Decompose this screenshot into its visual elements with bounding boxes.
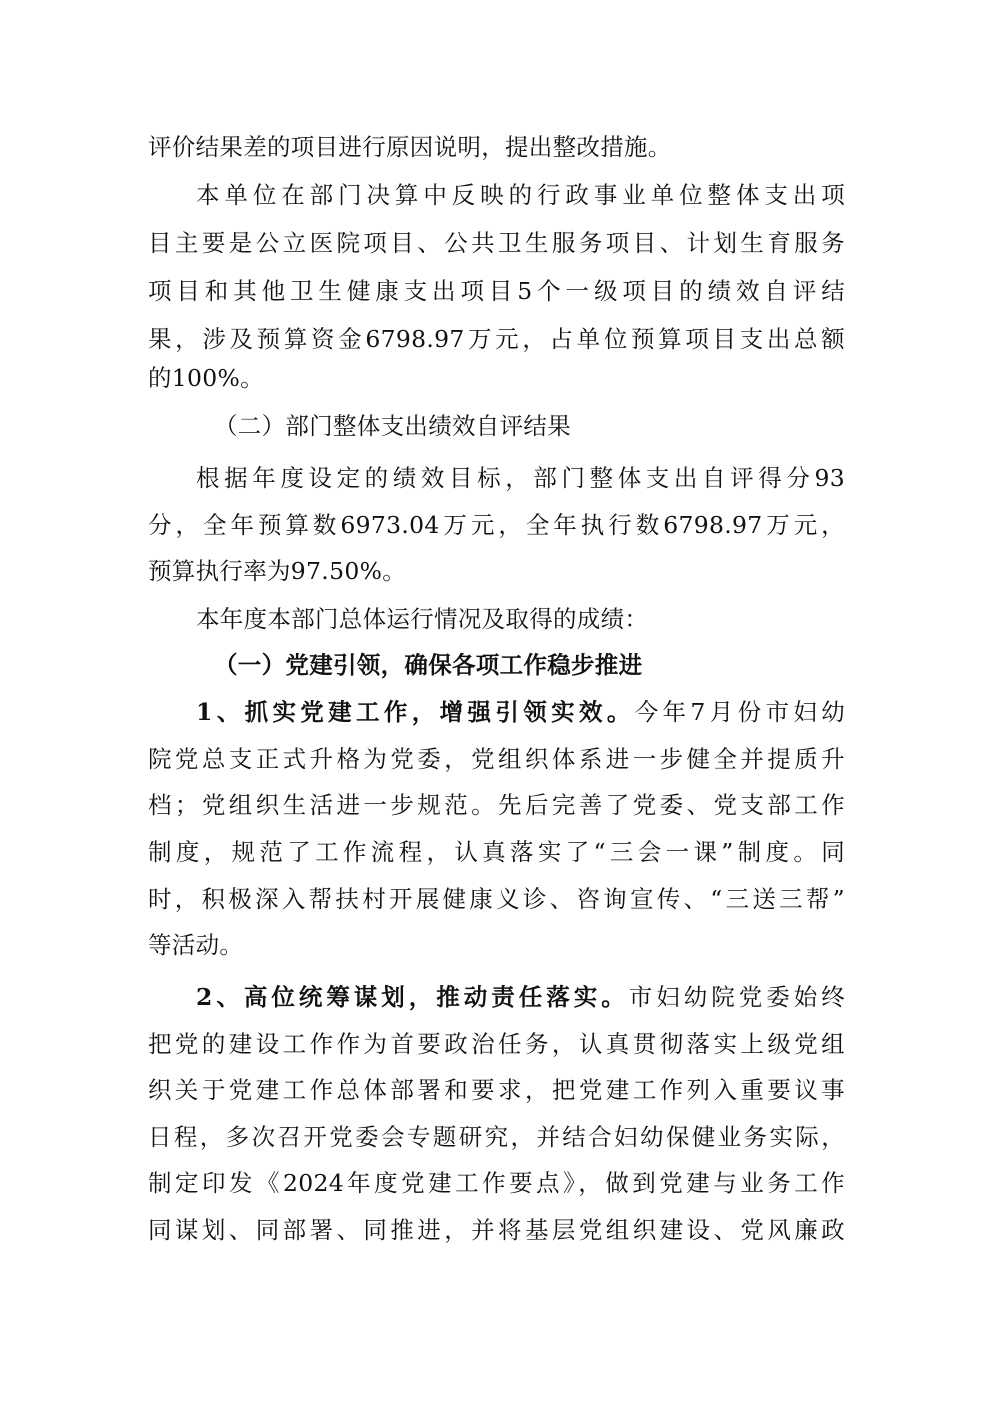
paragraph-line: 2、高位统筹谋划，推动责任落实。市妇幼院党委始终 [196,974,845,1020]
paragraph-line: 项目和其他卫生健康支出项目5个一级项目的绩效自评结 [148,268,845,314]
paragraph-lead-bold: 1、抓实党建工作，增强引领实效。 [196,698,635,726]
paragraph-line: 制度，规范了工作流程，认真落实了“三会一课”制度。同 [148,829,845,875]
paragraph-text: 市妇幼院党委始终 [629,983,845,1011]
paragraph-line: 1、抓实党建工作，增强引领实效。今年7月份市妇幼 [196,689,845,735]
paragraph-line: 预算执行率为97.50%。 [148,548,845,594]
paragraph-line: 等活动。 [148,922,845,968]
paragraph-line: 制定印发《2024年度党建工作要点》，做到党建与业务工作 [148,1160,845,1206]
section-heading: （一）党建引领，确保各项工作稳步推进 [214,642,911,688]
paragraph-line: 根据年度设定的绩效目标，部门整体支出自评得分93 [196,455,845,501]
section-heading: （二）部门整体支出绩效自评结果 [214,403,911,449]
paragraph-text: 今年7月份市妇幼 [635,698,845,726]
paragraph-line: 档；党组织生活进一步规范。先后完善了党委、党支部工作 [148,782,845,828]
paragraph-lead-bold: 2、高位统筹谋划，推动责任落实。 [196,983,629,1011]
document-page: 评价结果差的项目进行原因说明，提出整改措施。 本单位在部门决算中反映的行政事业单… [0,0,992,1403]
paragraph-line: 把党的建设工作作为首要政治任务，认真贯彻落实上级党组 [148,1021,845,1067]
paragraph-line: 院党总支正式升格为党委，党组织体系进一步健全并提质升 [148,736,845,782]
paragraph-line: 日程，多次召开党委会专题研究，并结合妇幼保健业务实际， [148,1114,845,1160]
paragraph-line: 分，全年预算数6973.04万元，全年执行数6798.97万元， [148,502,845,548]
paragraph-line: 时，积极深入帮扶村开展健康义诊、咨询宣传、“三送三帮” [148,876,845,922]
paragraph-line: 织关于党建工作总体部署和要求，把党建工作列入重要议事 [148,1067,845,1113]
paragraph-line: 的100%。 [148,355,845,401]
paragraph-line: 同谋划、同部署、同推进，并将基层党组织建设、党风廉政 [148,1207,845,1253]
paragraph-line: 本单位在部门决算中反映的行政事业单位整体支出项 [196,172,845,218]
paragraph-line: 本年度本部门总体运行情况及取得的成绩： [196,596,845,642]
paragraph-line: 评价结果差的项目进行原因说明，提出整改措施。 [148,124,845,170]
paragraph-line: 目主要是公立医院项目、公共卫生服务项目、计划生育服务 [148,220,845,266]
